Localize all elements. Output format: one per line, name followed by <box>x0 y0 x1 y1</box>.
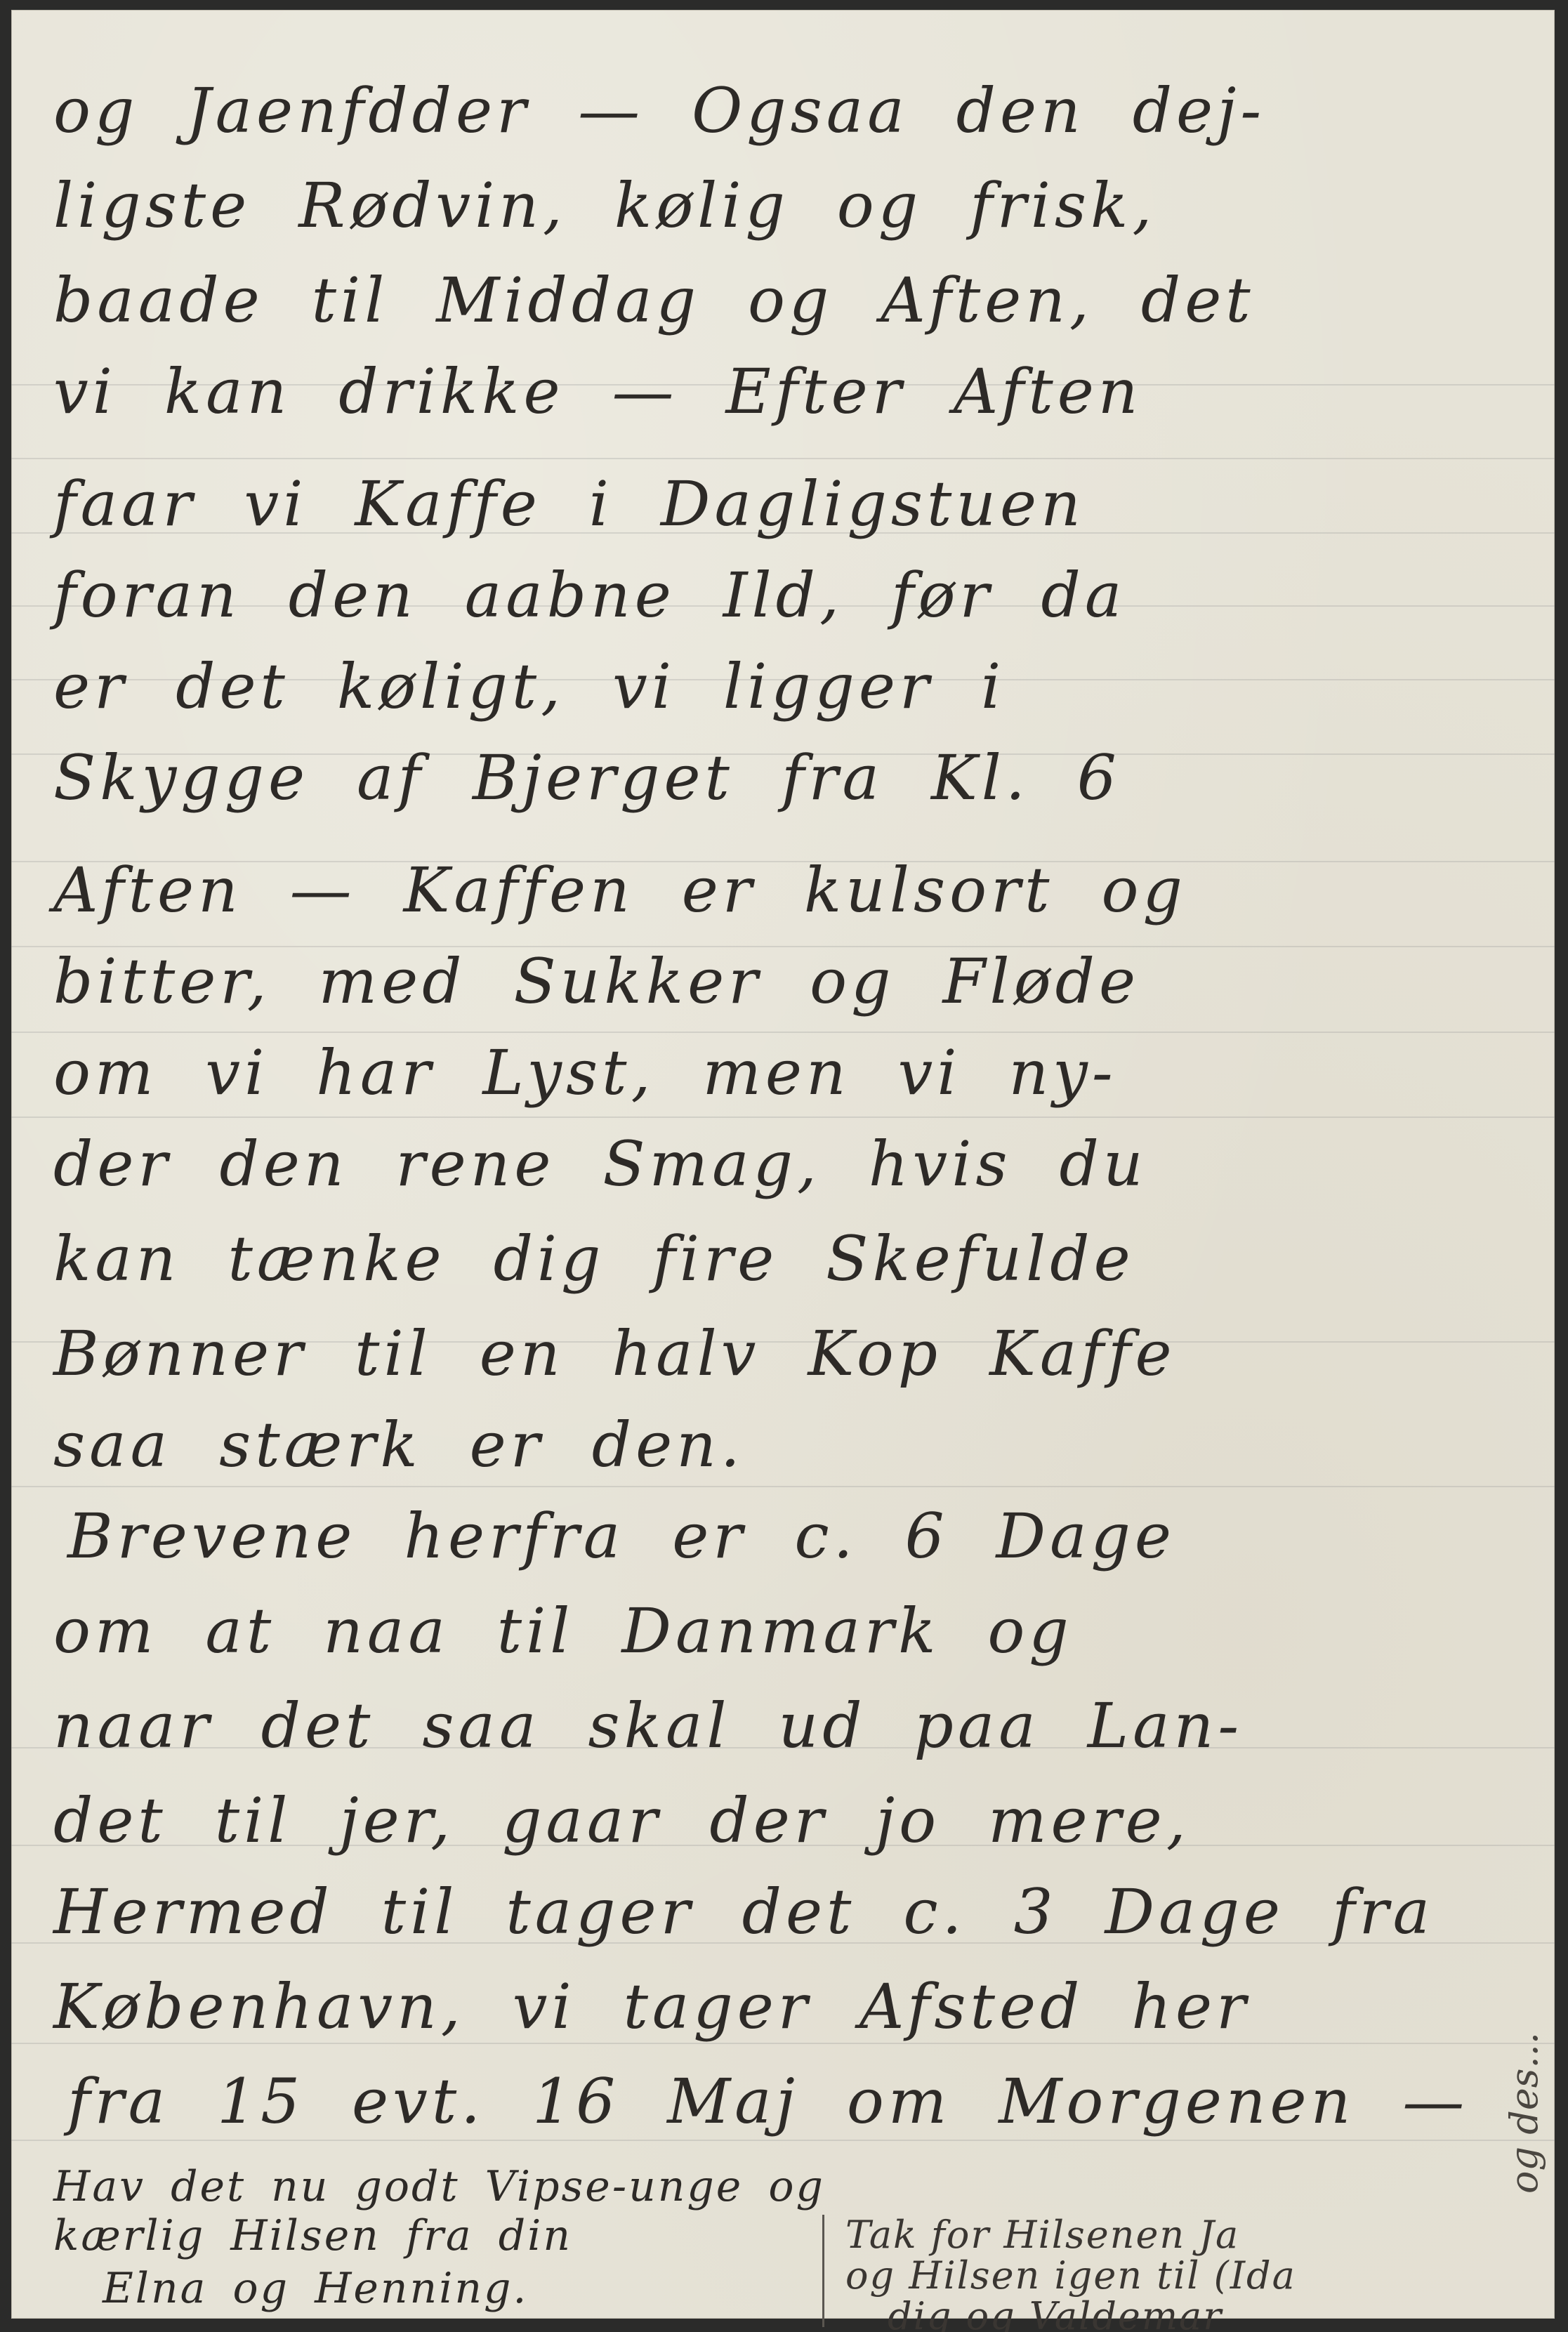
letter-line: baade til Middag og Aften, det <box>53 270 1527 331</box>
letter-line: vi kan drikke — Efter Aften <box>53 361 1527 423</box>
letter-line: faar vi Kaffe i Dagligstuen <box>53 473 1527 535</box>
letter-line: Aften — Kaffen er kulsort og <box>53 859 1527 921</box>
ruled-line <box>11 1032 1555 1033</box>
letter-line: Hav det nu godt Vipse-unge og <box>53 2166 1527 2208</box>
letter-line: om vi har Lyst, men vi ny- <box>53 1042 1527 1104</box>
letter-line: kan tænke dig fire Skefulde <box>53 1228 1527 1290</box>
postscript-line: og Hilsen igen til (Ida <box>845 2255 1548 2296</box>
ruled-line <box>11 1486 1555 1487</box>
postscript: Tak for Hilsenen Ja og Hilsen igen til (… <box>822 2215 1548 2327</box>
ruled-line <box>11 2140 1555 2141</box>
letter-line: fra 15 evt. 16 Maj om Morgenen — <box>67 2071 1527 2133</box>
letter-line: Hermed til tager det c. 3 Dage fra <box>53 1881 1527 1943</box>
letter-line: og Jaenfdder — Ogsaa den dej- <box>53 80 1527 142</box>
letter-line: Bønner til en halv Kop Kaffe <box>53 1323 1527 1385</box>
letter-line: saa stærk er den. <box>53 1414 1527 1476</box>
letter-line: København, vi tager Afsted her <box>53 1976 1527 2038</box>
letter-line: ligste Rødvin, kølig og frisk, <box>53 175 1527 237</box>
letter-line: er det køligt, vi ligger i <box>53 656 1527 718</box>
letter-page: og Jaenfdder — Ogsaa den dej- ligste Rød… <box>11 10 1555 2319</box>
ruled-line <box>11 2043 1555 2044</box>
letter-line: der den rene Smag, hvis du <box>53 1133 1527 1195</box>
ruled-line <box>11 1116 1555 1118</box>
letter-line: det til jer, gaar der jo mere, <box>53 1790 1527 1852</box>
letter-line: om at naa til Danmark og <box>53 1600 1527 1662</box>
postscript-line: Tak for Hilsenen Ja <box>845 2215 1548 2255</box>
letter-line: bitter, med Sukker og Fløde <box>53 951 1527 1013</box>
letter-line: Skygge af Bjerget fra Kl. 6 <box>53 747 1527 809</box>
ruled-line <box>11 458 1555 459</box>
letter-line: foran den aabne Ild, før da <box>53 565 1527 626</box>
letter-line: naar det saa skal ud paa Lan- <box>53 1695 1527 1757</box>
postscript-line: dig og Valdemar <box>845 2296 1548 2332</box>
letter-line: Brevene herfra er c. 6 Dage <box>67 1506 1527 1567</box>
margin-note: og des... <box>1502 2032 1546 2194</box>
